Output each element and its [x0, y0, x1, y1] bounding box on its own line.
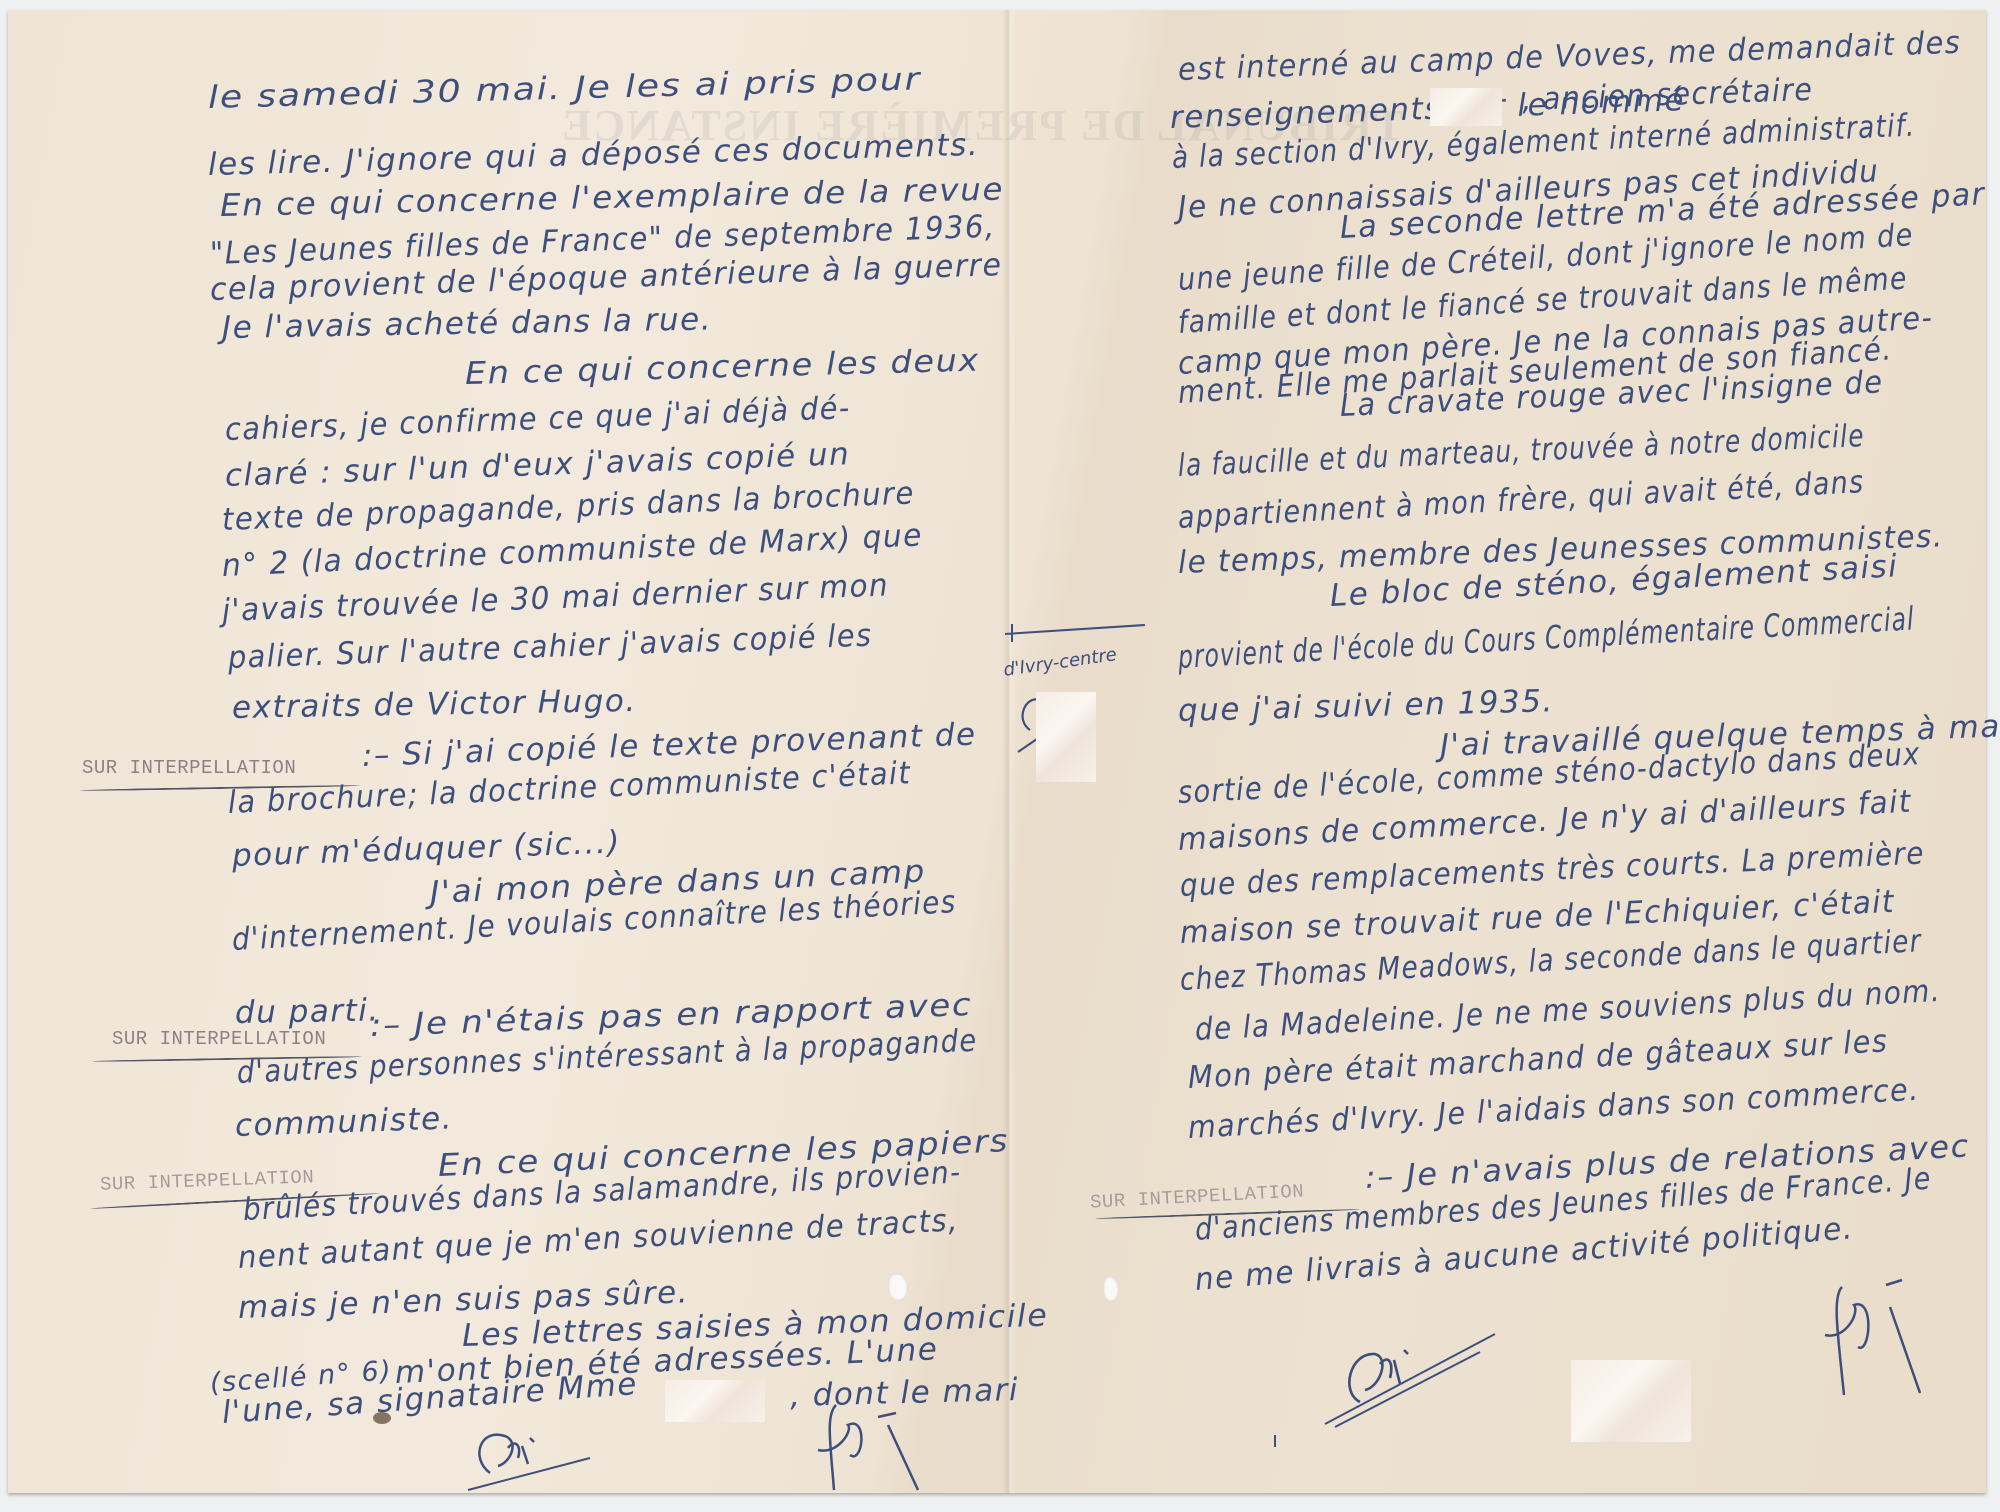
redacted-initials-margin	[1036, 692, 1096, 782]
left-line-23: communiste.	[234, 1100, 453, 1144]
stamp-sur-interpellation-1: SUR INTERPELLATION	[82, 757, 296, 779]
stamp-sur-interpellation-2: SUR INTERPELLATION	[112, 1028, 326, 1050]
tick-mark	[1274, 1435, 1276, 1447]
signature-deponent-right	[1820, 1275, 1960, 1405]
signature-interpreter-left	[460, 1418, 600, 1498]
redacted-name-2	[1430, 88, 1502, 126]
signature-interpreter-right	[1320, 1332, 1500, 1432]
paper-tear-hole-2	[1103, 1276, 1119, 1302]
left-line-14: extraits de Victor Hugo.	[232, 683, 637, 726]
redacted-name-1	[665, 1380, 765, 1422]
signature-deponent-left	[808, 1395, 938, 1505]
paper-tear-hole-1	[888, 1273, 908, 1301]
redacted-signature-right	[1571, 1360, 1691, 1442]
ink-stain	[373, 1412, 391, 1424]
insertion-mark	[1000, 622, 1150, 642]
left-line-20: du parti.	[235, 992, 380, 1031]
